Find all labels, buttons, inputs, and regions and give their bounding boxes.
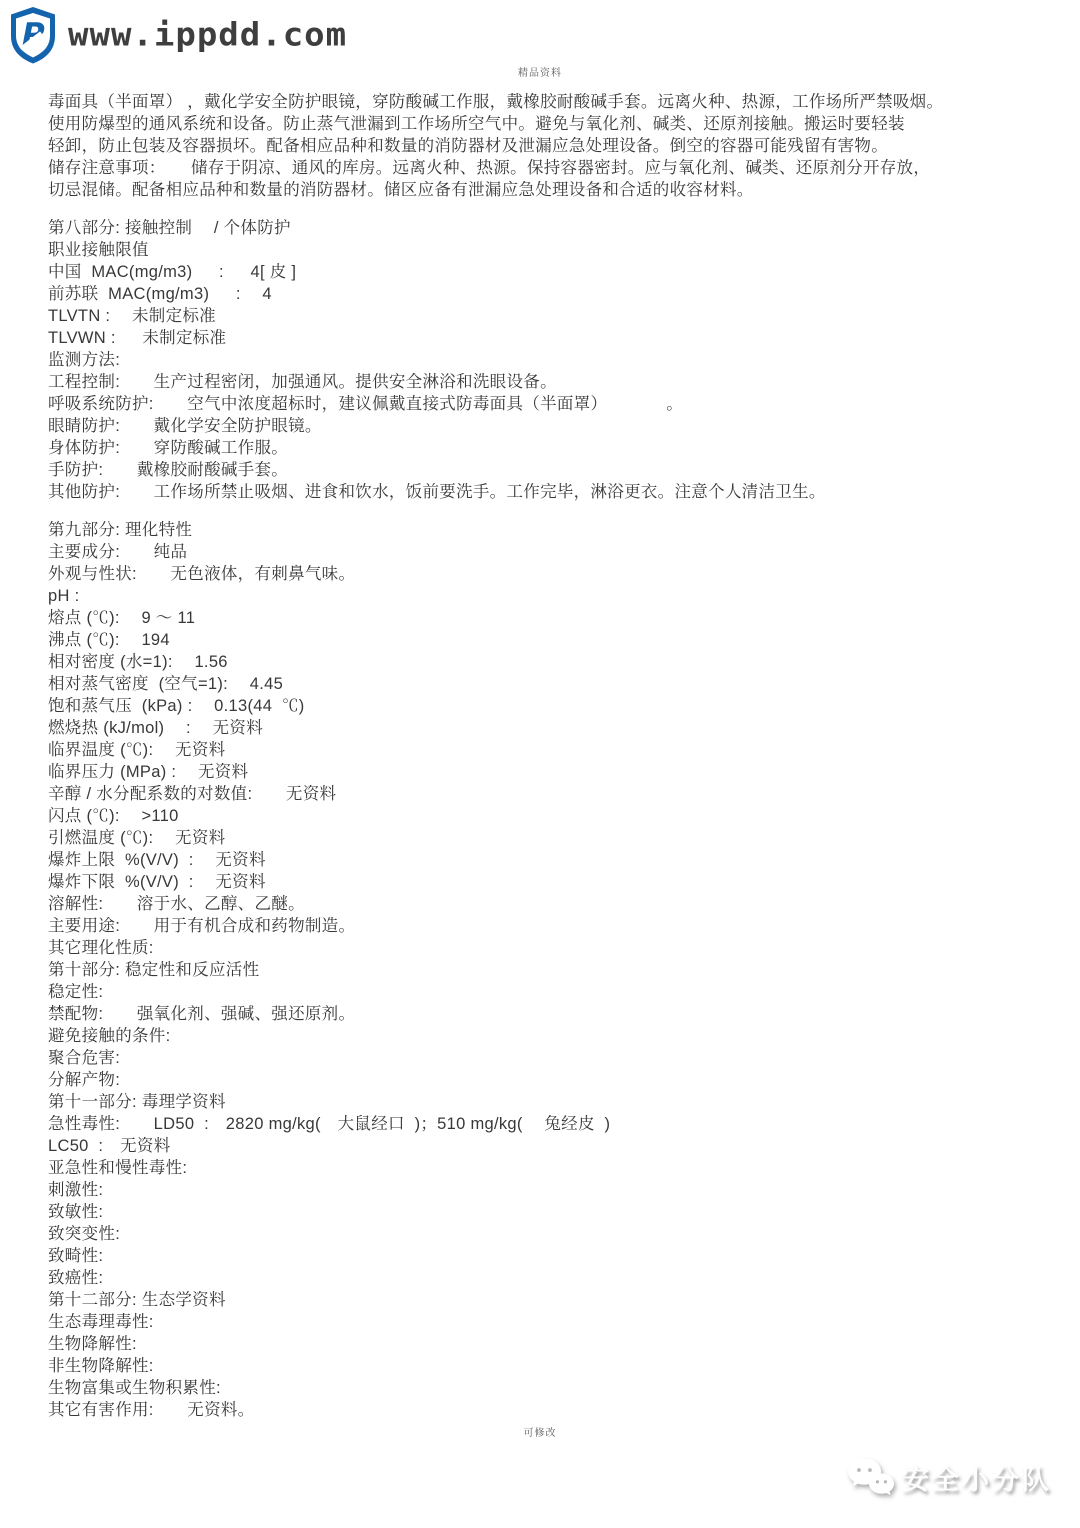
doc-line: 爆炸上限 %(V/V) : 无资料: [48, 849, 1043, 871]
doc-line: 手防护: 戴橡胶耐酸碱手套。: [48, 459, 1043, 481]
doc-line: 毒面具（半面罩） ，戴化学安全防护眼镜，穿防酸碱工作服，戴橡胶耐酸碱手套。远离火…: [48, 91, 1043, 113]
doc-line: TLVWN : 未制定标准: [48, 327, 1043, 349]
doc-line: 临界温度 (℃): 无资料: [48, 739, 1043, 761]
doc-line: 工程控制: 生产过程密闭，加强通风。提供安全淋浴和洗眼设备。: [48, 371, 1043, 393]
doc-line: 第十一部分: 毒理学资料: [48, 1091, 1043, 1113]
doc-line: 亚急性和慢性毒性:: [48, 1157, 1043, 1179]
doc-line: 切忌混储。配备相应品种和数量的消防器材。储区应备有泄漏应急处理设备和合适的收容材…: [48, 179, 1043, 201]
logo-shield-icon: P: [10, 6, 56, 64]
doc-line: 饱和蒸气压 (kPa) : 0.13(44 ℃): [48, 695, 1043, 717]
doc-line: 其他防护: 工作场所禁止吸烟、进食和饮水，饭前要洗手。工作完毕，淋浴更衣。注意个…: [48, 481, 1043, 503]
doc-line: 溶解性: 溶于水、乙醇、乙醚。: [48, 893, 1043, 915]
doc-line: 生态毒理毒性:: [48, 1311, 1043, 1333]
doc-line: 眼睛防护: 戴化学安全防护眼镜。: [48, 415, 1043, 437]
doc-line: 前苏联 MAC(mg/m3) : 4: [48, 283, 1043, 305]
wechat-icon: [846, 1456, 894, 1498]
doc-line: 第十二部分: 生态学资料: [48, 1289, 1043, 1311]
site-url: www.ippdd.com: [68, 16, 347, 54]
doc-line: 稳定性:: [48, 981, 1043, 1003]
doc-line: 非生物降解性:: [48, 1355, 1043, 1377]
doc-line: 其它有害作用: 无资料。: [48, 1399, 1043, 1421]
doc-line: 主要用途: 用于有机合成和药物制造。: [48, 915, 1043, 937]
doc-line: 储存注意事项： 储存于阴凉、通风的库房。远离火种、热源。保持容器密封。应与氧化剂…: [48, 157, 1043, 179]
doc-line: 呼吸系统防护: 空气中浓度超标时，建议佩戴直接式防毒面具（半面罩） 。: [48, 393, 1043, 415]
doc-line: 爆炸下限 %(V/V) : 无资料: [48, 871, 1043, 893]
doc-line: 引燃温度 (℃): 无资料: [48, 827, 1043, 849]
doc-line: 其它理化性质:: [48, 937, 1043, 959]
doc-line: 致畸性:: [48, 1245, 1043, 1267]
doc-line: 使用防爆型的通风系统和设备。防止蒸气泄漏到工作场所空气中。避免与氧化剂、碱类、还…: [48, 113, 1043, 135]
scanned-msds-page: P www.ippdd.com 精品资料 毒面具（半面罩） ，戴化学安全防护眼镜…: [0, 0, 1080, 1528]
doc-line: 第九部分: 理化特性: [48, 519, 1043, 541]
doc-line: 生物降解性:: [48, 1333, 1043, 1355]
doc-line: 辛醇 / 水分配系数的对数值: 无资料: [48, 783, 1043, 805]
doc-line: 致敏性:: [48, 1201, 1043, 1223]
doc-line: TLVTN : 未制定标准: [48, 305, 1043, 327]
doc-line: 身体防护: 穿防酸碱工作服。: [48, 437, 1043, 459]
doc-line: 外观与性状: 无色液体，有刺鼻气味。: [48, 563, 1043, 585]
brand-name: 安全小分队: [902, 1458, 1052, 1497]
doc-line: 致突变性:: [48, 1223, 1043, 1245]
doc-line: 急性毒性: LD50 : 2820 mg/kg( 大鼠经口 )；510 mg/k…: [48, 1113, 1043, 1135]
doc-line: 中国 MAC(mg/m3) : 4[ 皮 ]: [48, 261, 1043, 283]
doc-line: 致癌性:: [48, 1267, 1043, 1289]
doc-line: 闪点 (℃): >110: [48, 805, 1043, 827]
doc-line: 第八部分: 接触控制 / 个体防护: [48, 217, 1043, 239]
doc-line: 第十部分: 稳定性和反应活性: [48, 959, 1043, 981]
doc-line: 燃烧热 (kJ/mol) : 无资料: [48, 717, 1043, 739]
doc-line: 聚合危害:: [48, 1047, 1043, 1069]
doc-line: 禁配物: 强氧化剂、强碱、强还原剂。: [48, 1003, 1043, 1025]
watermark-bottom: 可修改: [0, 1424, 1080, 1439]
doc-line: pH :: [48, 585, 1043, 607]
doc-line: 分解产物:: [48, 1069, 1043, 1091]
svg-text:P: P: [22, 17, 45, 53]
doc-line: 相对蒸气密度 (空气=1): 4.45: [48, 673, 1043, 695]
watermark-top: 精品资料: [0, 64, 1080, 79]
doc-line: 轻卸，防止包装及容器损坏。配备相应品种和数量的消防器材及泄漏应急处理设备。倒空的…: [48, 135, 1043, 157]
doc-body: 毒面具（半面罩） ，戴化学安全防护眼镜，穿防酸碱工作服，戴橡胶耐酸碱手套。远离火…: [48, 91, 1043, 1421]
doc-line: 临界压力 (MPa) : 无资料: [48, 761, 1043, 783]
site-logo[interactable]: P www.ippdd.com: [10, 6, 347, 64]
doc-line: 沸点 (℃): 194: [48, 629, 1043, 651]
doc-line: 熔点 (℃): 9 ～ 11: [48, 607, 1043, 629]
doc-line: LC50 : 无资料: [48, 1135, 1043, 1157]
doc-line: 职业接触限值: [48, 239, 1043, 261]
doc-line: 避免接触的条件:: [48, 1025, 1043, 1047]
brand-watermark: 安全小分队: [846, 1456, 1052, 1498]
doc-line: 主要成分: 纯品: [48, 541, 1043, 563]
doc-line: 相对密度 (水=1): 1.56: [48, 651, 1043, 673]
doc-line: 刺激性:: [48, 1179, 1043, 1201]
doc-line: 生物富集或生物积累性:: [48, 1377, 1043, 1399]
doc-line: 监测方法:: [48, 349, 1043, 371]
